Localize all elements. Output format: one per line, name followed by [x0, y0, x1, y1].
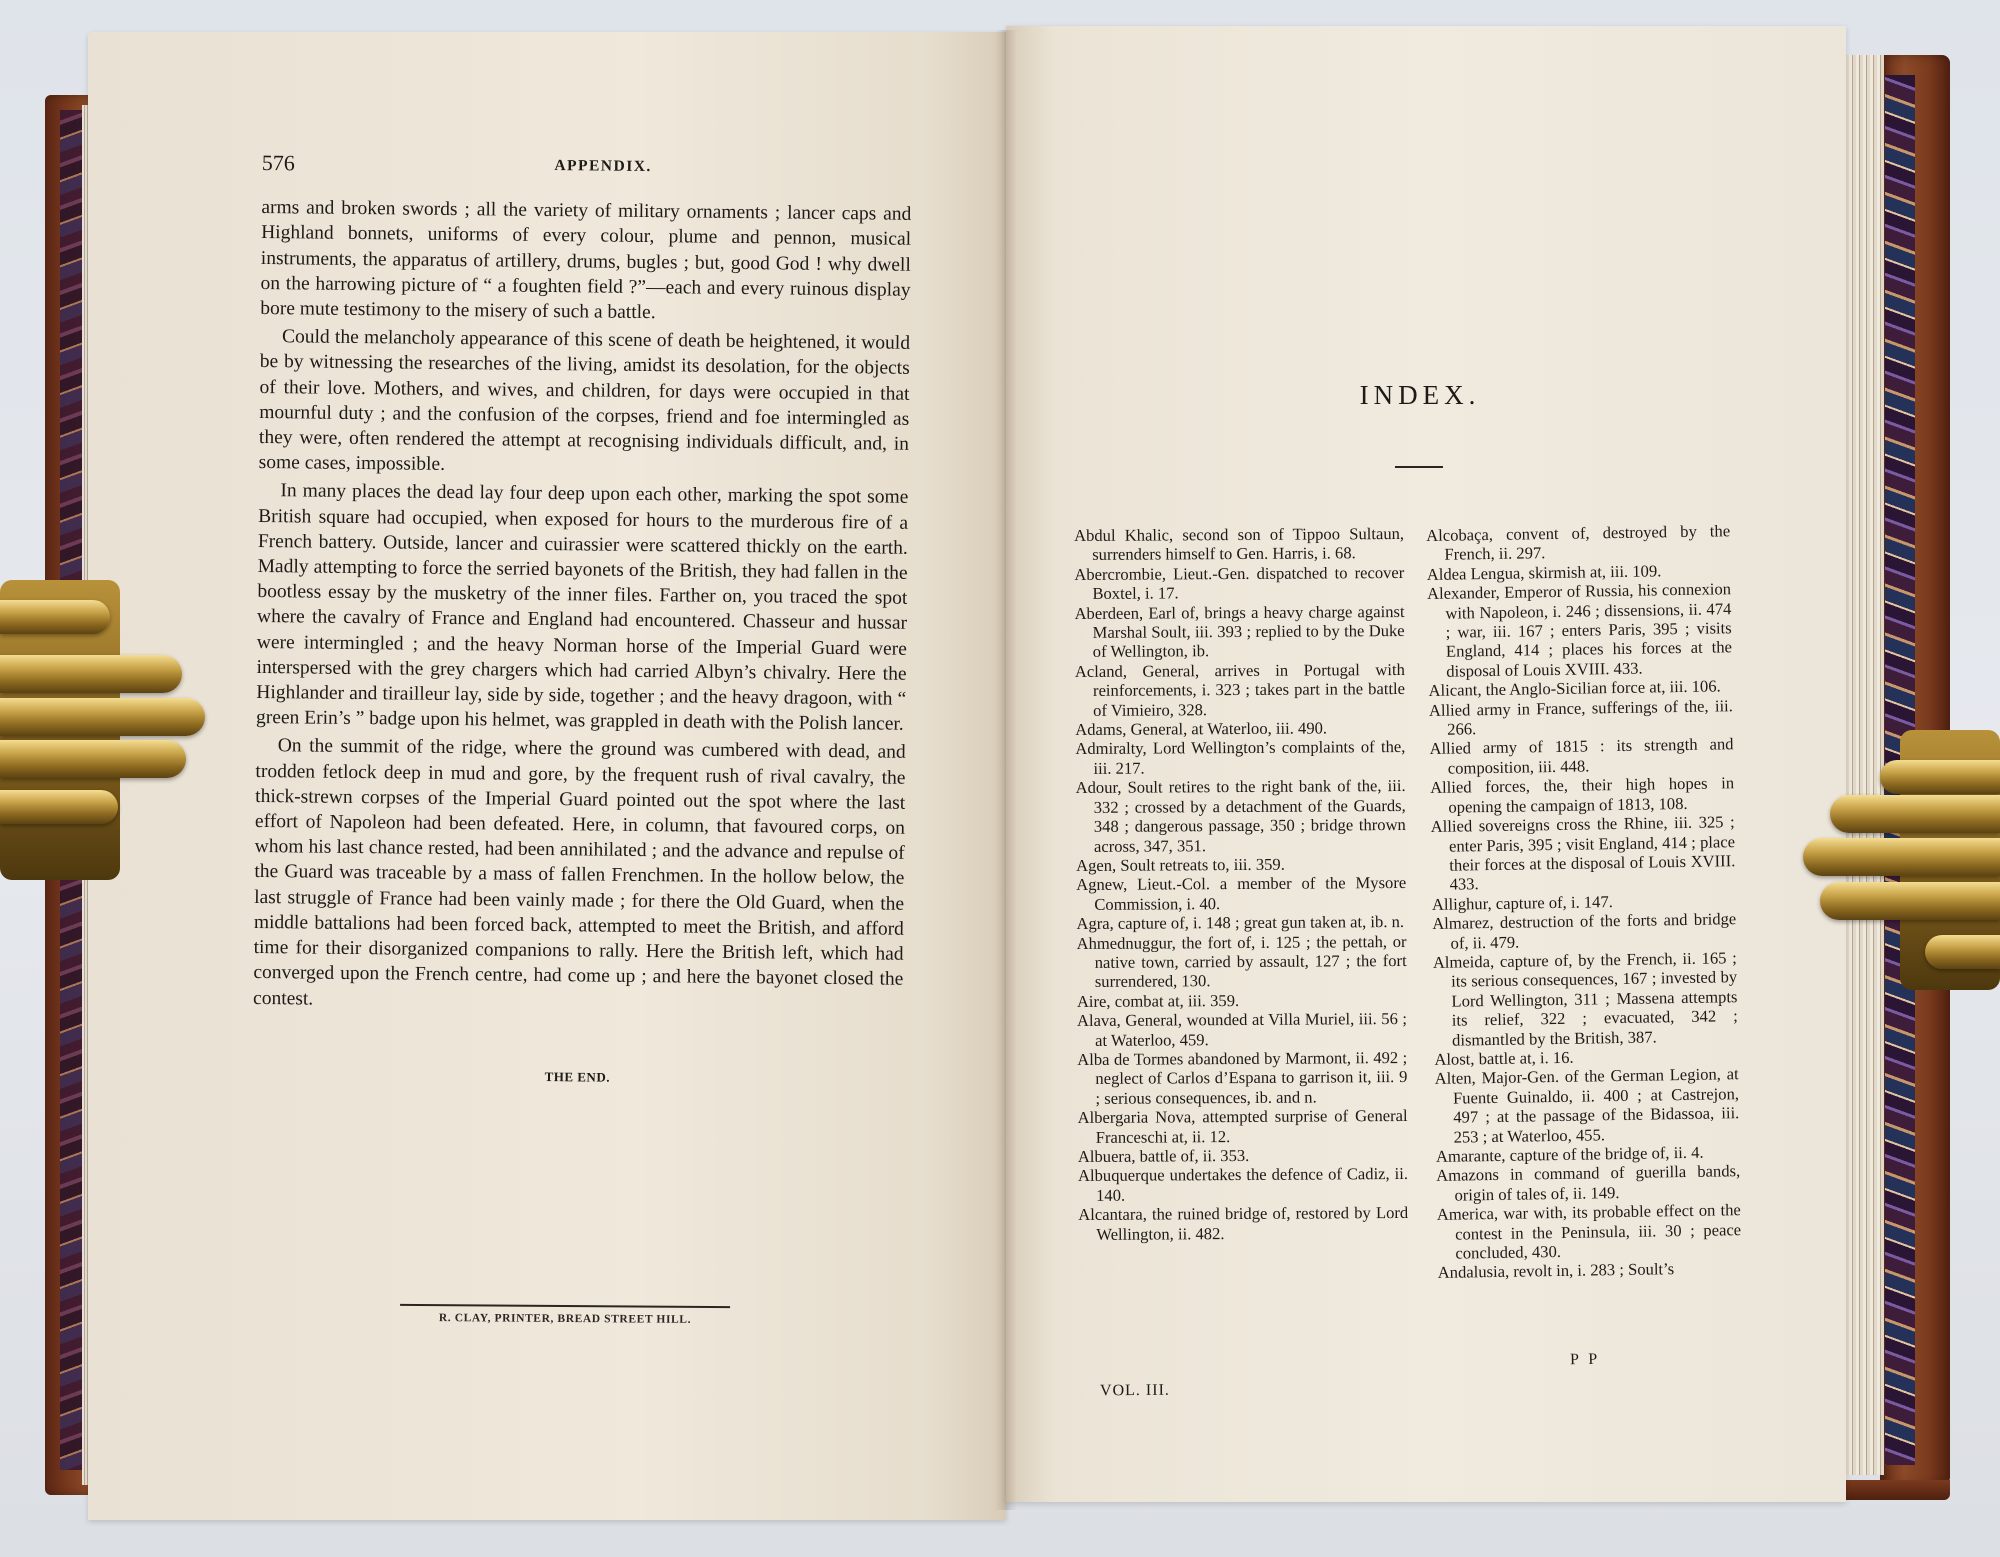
index-column-a: Abdul Khalic, second son of Tippoo Sulta… — [1074, 524, 1408, 1244]
book-gutter — [995, 30, 1017, 1510]
left-page-text: 576 APPENDIX. arms and broken swords ; a… — [252, 150, 912, 1093]
book-photo: 576 APPENDIX. arms and broken swords ; a… — [0, 0, 2000, 1557]
index-entry: Agen, Soult retreats to, iii. 359. — [1076, 854, 1406, 875]
index-entry: Aire, combat at, iii. 359. — [1077, 990, 1407, 1011]
gathering-signature: P P — [1570, 1351, 1601, 1370]
index-entry: Alten, Major-Gen. of the German Legion, … — [1435, 1065, 1740, 1147]
hand-finger — [1803, 838, 2000, 876]
index-entry: Albuera, battle of, ii. 353. — [1078, 1145, 1408, 1166]
index-entry: Abercrombie, Lieut.-Gen. dispatched to r… — [1074, 563, 1404, 604]
volume-signature: VOL. III. — [1100, 1382, 1170, 1401]
index-entry: Alba de Tormes abandoned by Marmont, ii.… — [1077, 1048, 1407, 1108]
index-entry: Almarez, destruction of the forts and br… — [1432, 909, 1737, 953]
index-entry: Aberdeen, Earl of, brings a heavy charge… — [1074, 602, 1404, 662]
index-title: INDEX. — [1340, 380, 1500, 411]
index-entry: Alcobaça, convent of, destroyed by the F… — [1426, 521, 1731, 565]
index-entry: Admiralty, Lord Wellington’s complaints … — [1075, 737, 1405, 778]
title-rule-divider — [1395, 466, 1443, 468]
index-entry: Alava, General, wounded at Villa Muriel,… — [1077, 1009, 1407, 1050]
index-column-b: Alcobaça, convent of, destroyed by the F… — [1426, 521, 1742, 1283]
index-entry: Alexander, Emperor of Russia, his connex… — [1427, 579, 1732, 681]
right-page-edges — [1842, 55, 1884, 1475]
index-entry: America, war with, its probable effect o… — [1437, 1200, 1742, 1263]
running-head: 576 APPENDIX. — [262, 150, 912, 182]
printer-imprint: R. CLAY, PRINTER, BREAD STREET HILL. — [400, 1304, 730, 1326]
index-entry: Amazons in command of guerilla bands, or… — [1436, 1162, 1741, 1206]
paragraph: Could the melancholy appearance of this … — [259, 324, 911, 482]
index-entry: Allied sovereigns cross the Rhine, iii. … — [1431, 812, 1736, 894]
hand-finger — [0, 655, 182, 693]
hand-thumb — [0, 600, 110, 634]
index-entry: Adams, General, at Waterloo, iii. 490. — [1075, 718, 1405, 739]
index-entry: Allied army in France, sufferings of the… — [1429, 696, 1734, 740]
index-entry: Adour, Soult retires to the right bank o… — [1076, 776, 1406, 856]
index-entry: Albuquerque undertakes the defence of Ca… — [1078, 1164, 1408, 1205]
hand-finger — [0, 698, 205, 736]
running-head-title: APPENDIX. — [554, 153, 652, 179]
page-number: 576 — [262, 150, 295, 176]
hand-finger — [1820, 882, 2000, 920]
index-entry: Ahmednuggur, the fort of, i. 125 ; the p… — [1076, 932, 1406, 992]
paragraph: arms and broken swords ; all the variety… — [260, 195, 911, 328]
hand-thumb — [1880, 760, 2000, 794]
index-entry: Albergaria Nova, attempted surprise of G… — [1078, 1106, 1408, 1147]
index-entry: Agra, capture of, i. 148 ; great gun tak… — [1076, 912, 1406, 933]
hand-finger — [0, 790, 118, 824]
index-entry: Almeida, capture of, by the French, ii. … — [1433, 948, 1738, 1050]
hand-finger — [1830, 795, 2000, 833]
hand-finger — [1925, 935, 2000, 969]
paragraph: On the summit of the ridge, where the gr… — [253, 733, 906, 1017]
index-entry: Alcantara, the ruined bridge of, restore… — [1078, 1203, 1408, 1244]
index-entry: Acland, General, arrives in Portugal wit… — [1075, 660, 1405, 720]
index-entry: Agnew, Lieut.-Col. a member of the Mysor… — [1076, 873, 1406, 914]
index-entry: Allied army of 1815 : its strength and c… — [1429, 735, 1734, 779]
paragraph: In many places the dead lay four deep up… — [256, 478, 909, 737]
index-entry: Allied forces, the, their high hopes in … — [1430, 773, 1735, 817]
hand-finger — [0, 740, 186, 778]
index-entry: Abdul Khalic, second son of Tippoo Sulta… — [1074, 524, 1404, 565]
